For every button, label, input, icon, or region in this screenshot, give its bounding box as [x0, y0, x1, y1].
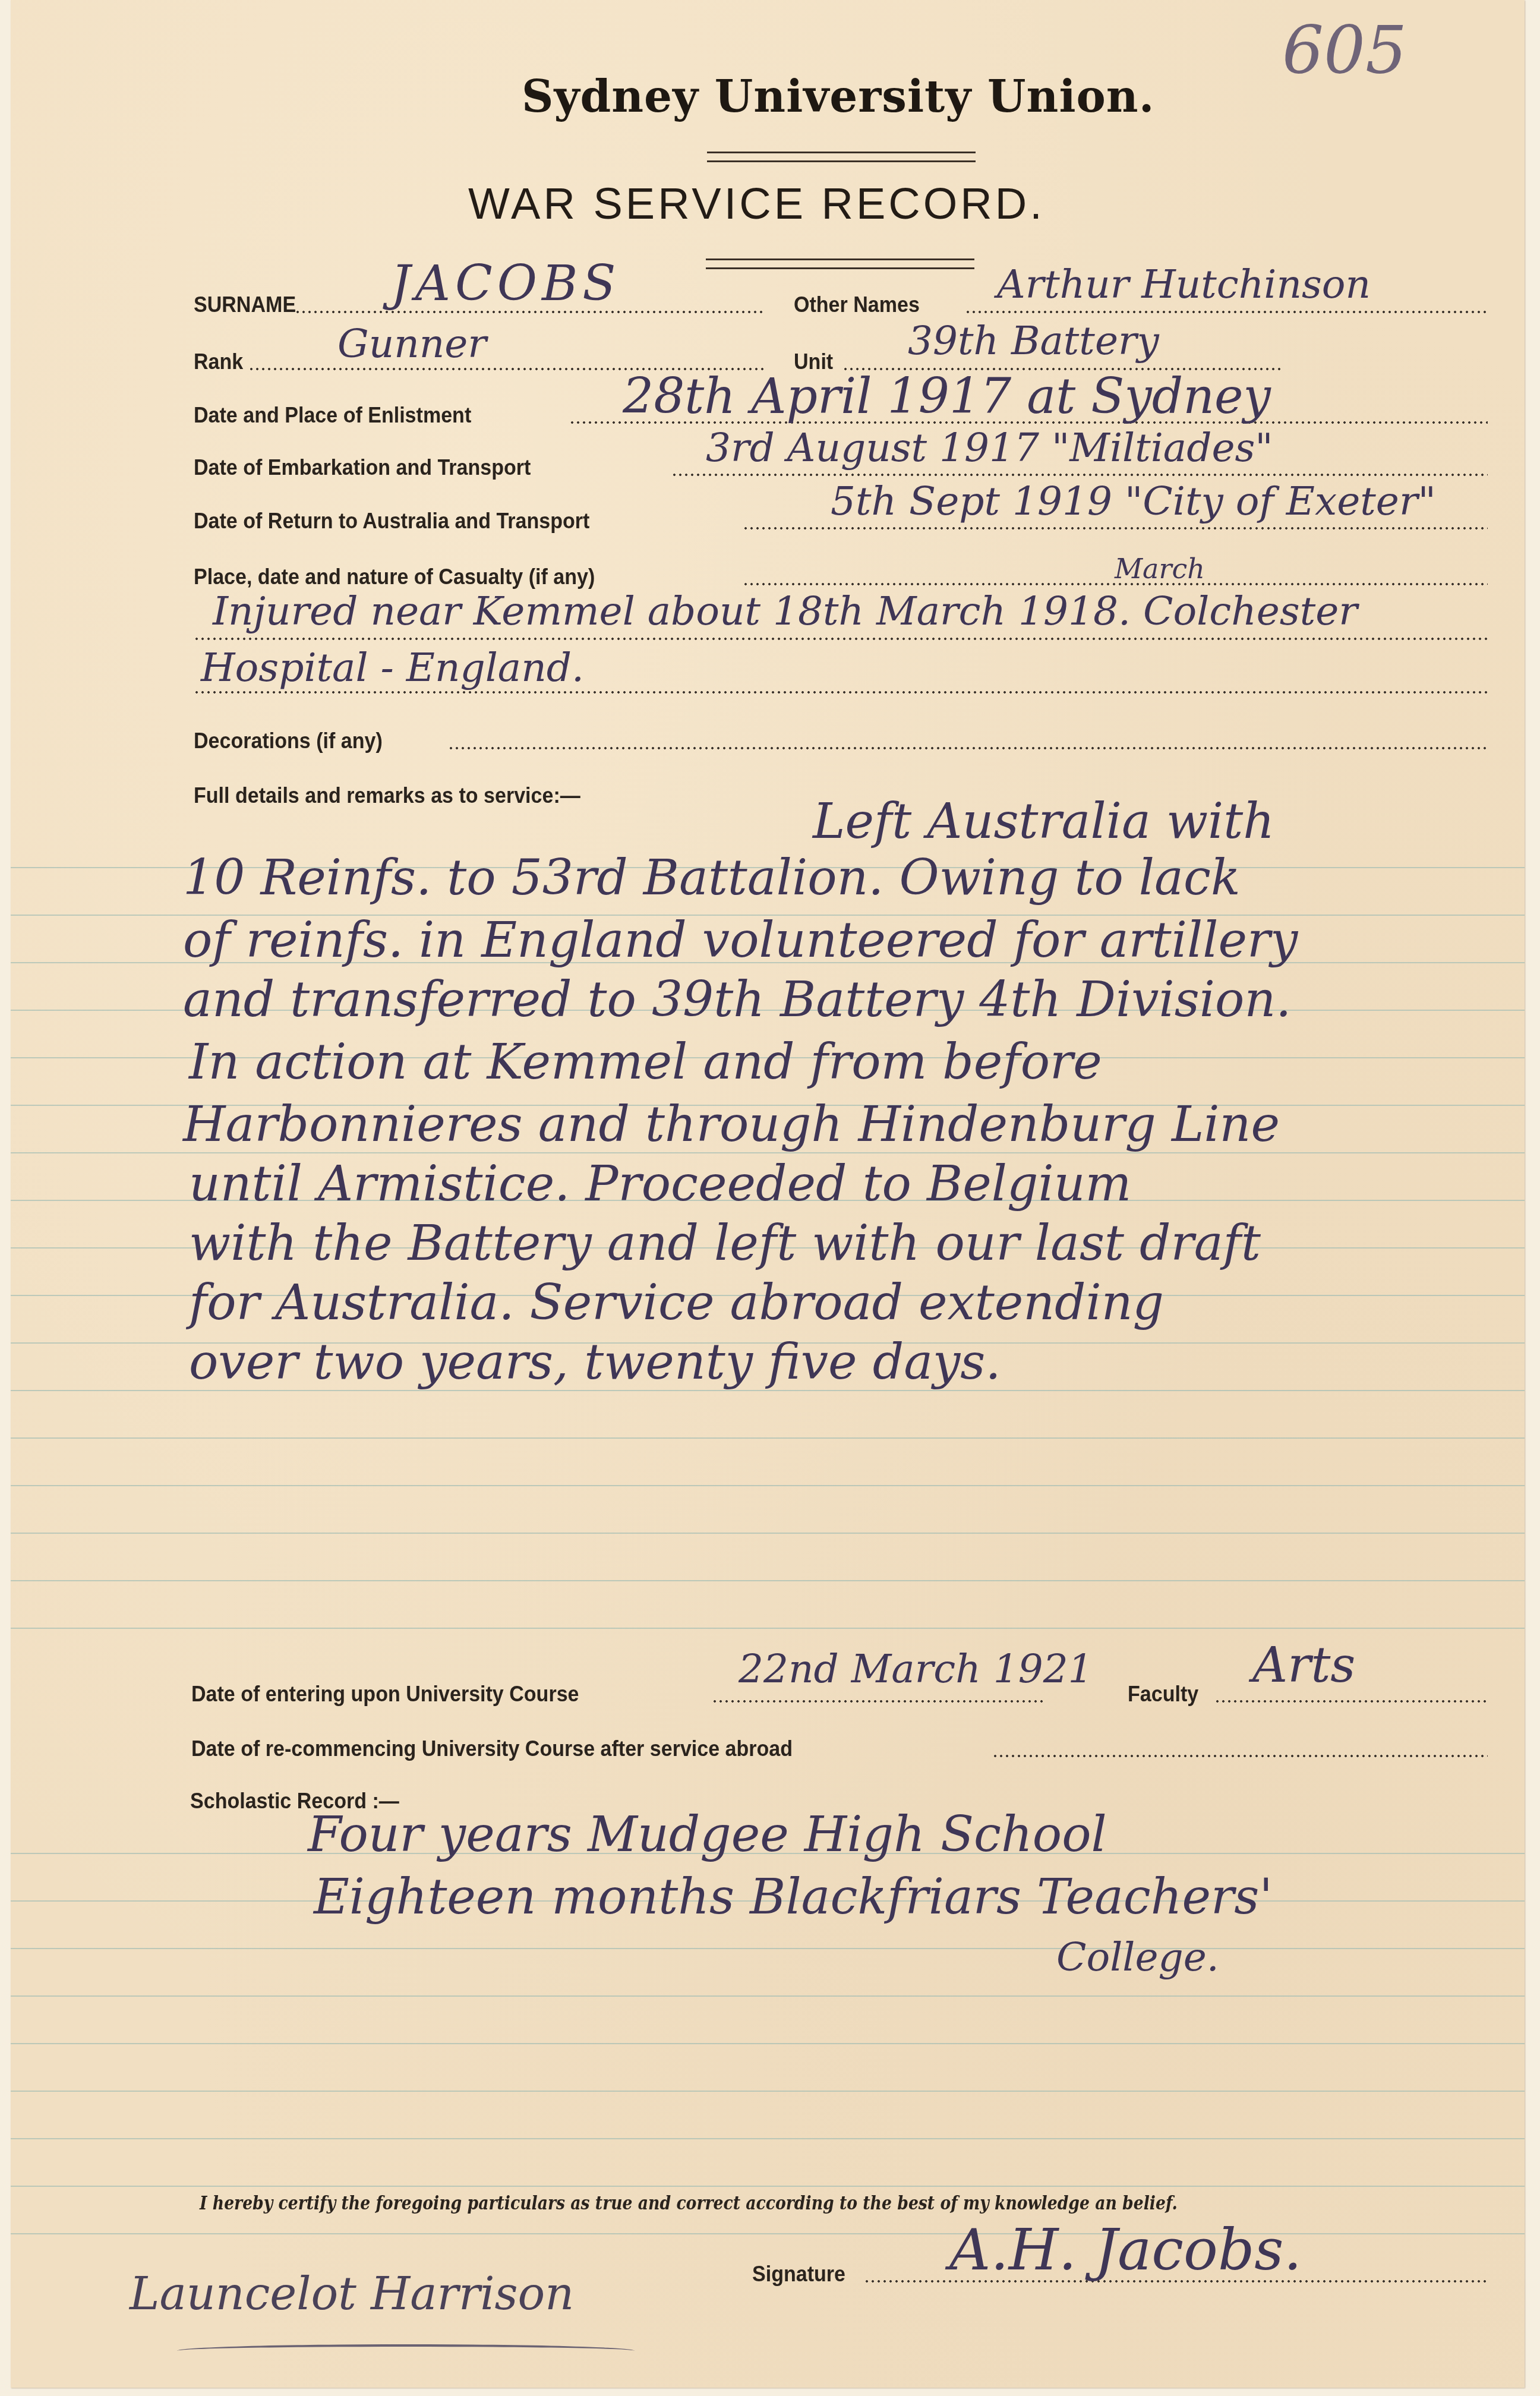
casualty-correction: March	[1115, 553, 1205, 585]
surname-label: SURNAME	[194, 292, 296, 317]
surname-value[interactable]: JACOBS	[391, 256, 621, 312]
form-title: WAR SERVICE RECORD.	[468, 178, 1045, 229]
rank-value[interactable]: Gunner	[337, 321, 487, 367]
university-entry-label: Date of entering upon University Course	[191, 1682, 579, 1707]
scholastic-line: Four years Mudgee High School	[308, 1807, 1107, 1863]
remarks-line: 10 Reinfs. to 53rd Battalion. Owing to l…	[183, 850, 1241, 906]
remarks-line: In action at Kemmel and from before	[189, 1034, 1102, 1090]
remarks-line: Left Australia with	[813, 793, 1274, 850]
enlistment-label: Date and Place of Enlistment	[194, 403, 471, 428]
remarks-line: of reinfs. in England volunteered for ar…	[183, 912, 1298, 969]
embarkation-label: Date of Embarkation and Transport	[194, 455, 531, 480]
decorations-label: Decorations (if any)	[194, 729, 383, 754]
faculty-dotted-line	[1214, 1700, 1488, 1703]
unit-value[interactable]: 39th Battery	[908, 318, 1159, 364]
casualty-dotted-line-3	[194, 691, 1488, 694]
remarks-line: and transferred to 39th Battery 4th Divi…	[183, 972, 1291, 1028]
signature-value[interactable]: A.H. Jacobs.	[949, 2217, 1302, 2283]
embarkation-dotted-line	[671, 473, 1488, 477]
recommencing-dotted-line	[992, 1754, 1488, 1758]
casualty-label: Place, date and nature of Casualty (if a…	[194, 565, 595, 589]
signature-label: Signature	[752, 2262, 845, 2287]
archive-number: 605	[1282, 12, 1407, 88]
header-divider-top	[707, 152, 976, 162]
witness-signature-underline	[177, 2344, 635, 2357]
remarks-line: with the Battery and left with our last …	[189, 1215, 1261, 1272]
casualty-line-1[interactable]: Injured near Kemmel about 18th March 191…	[213, 588, 1358, 634]
recommencing-label: Date of re-commencing University Course …	[191, 1736, 793, 1761]
remarks-label: Full details and remarks as to service:—	[194, 783, 580, 808]
faculty-label: Faculty	[1128, 1682, 1198, 1707]
return-dotted-line	[743, 527, 1488, 530]
remarks-line: over two years, twenty five days.	[189, 1334, 1001, 1391]
war-service-record-form: 605 Sydney University Union. WAR SERVICE…	[11, 0, 1525, 2388]
remarks-line: until Armistice. Proceeded to Belgium	[189, 1156, 1131, 1212]
casualty-line-2[interactable]: Hospital - England.	[201, 645, 584, 691]
rank-label: Rank	[194, 349, 243, 374]
remarks-line: Harbonnieres and through Hindenburg Line	[183, 1096, 1280, 1153]
casualty-dotted-line-2	[194, 637, 1488, 641]
embarkation-value[interactable]: 3rd August 1917 "Miltiades"	[706, 425, 1273, 471]
university-entry-dotted-line	[712, 1700, 1044, 1703]
other-names-dotted-line	[965, 310, 1488, 314]
certification-text: I hereby certify the foregoing particula…	[200, 2193, 1178, 2214]
return-value[interactable]: 5th Sept 1919 "City of Exeter"	[831, 478, 1436, 524]
university-entry-value[interactable]: 22nd March 1921	[739, 1646, 1093, 1692]
remarks-line: for Australia. Service abroad extending	[189, 1275, 1164, 1331]
faculty-value[interactable]: Arts	[1252, 1637, 1355, 1694]
organisation-title: Sydney University Union.	[522, 71, 1154, 122]
witness-signature: Launcelot Harrison	[130, 2267, 574, 2320]
other-names-label: Other Names	[794, 292, 920, 317]
header-divider-bottom	[706, 258, 974, 269]
enlistment-value[interactable]: 28th April 1917 at Sydney	[623, 368, 1271, 425]
scholastic-line: Eighteen months Blackfriars Teachers'	[314, 1869, 1273, 1925]
scholastic-line: College.	[1056, 1934, 1219, 1980]
other-names-value[interactable]: Arthur Hutchinson	[997, 261, 1371, 307]
decorations-dotted-line	[448, 746, 1488, 750]
return-label: Date of Return to Australia and Transpor…	[194, 509, 589, 534]
